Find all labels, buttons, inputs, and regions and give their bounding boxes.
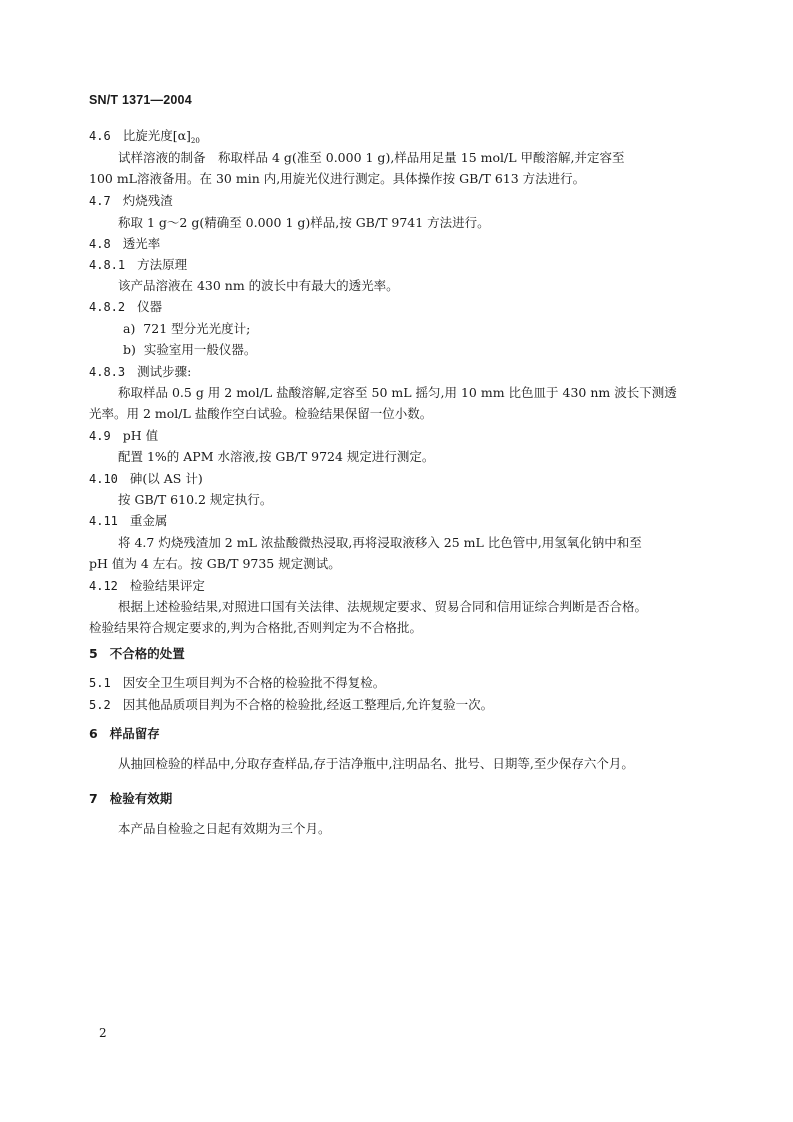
paragraph-line: 本产品自检验之日起有效期为三个月。	[118, 821, 331, 837]
paragraph-line: 称取 1 g～2 g(精确至 0.000 1 g)样品,按 GB/T 9741 …	[118, 215, 490, 231]
list-text: 721 型分光光度计;	[143, 321, 250, 336]
section-number: 4.8.2	[89, 299, 125, 315]
section-number: 5.2	[89, 697, 111, 713]
section-heading-4-9: 4.9pH 值	[89, 428, 158, 444]
section-title: 检验结果评定	[130, 578, 205, 593]
section-title: 样品留存	[110, 726, 160, 741]
list-item: a) 721 型分光光度计;	[123, 321, 250, 337]
list-label: a)	[123, 321, 135, 336]
section-number: 4.11	[89, 513, 118, 529]
section-title: 不合格的处置	[110, 646, 185, 661]
section-title: 透光率	[123, 236, 161, 251]
paragraph-line: 将 4.7 灼烧残渣加 2 mL 浓盐酸微热浸取,再将浸取液移入 25 mL 比…	[118, 535, 642, 551]
section-title: 测试步骤:	[137, 364, 191, 379]
clause-5-2: 5.2因其他品质项目判为不合格的检验批,经返工整理后,允许复验一次。	[89, 697, 493, 713]
section-heading-4-8: 4.8透光率	[89, 236, 160, 252]
section-title: 检验有效期	[110, 791, 173, 806]
section-number: 4.8.3	[89, 364, 125, 380]
paragraph-line: pH 值为 4 左右。按 GB/T 9735 规定测试。	[89, 556, 341, 572]
paragraph-line: 该产品溶液在 430 nm 的波长中有最大的透光率。	[118, 278, 399, 294]
paragraph-line: 光率。用 2 mol/L 盐酸作空白试验。检验结果保留一位小数。	[89, 406, 432, 422]
paragraph-line: 试样溶液的制备 称取样品 4 g(准至 0.000 1 g),样品用足量 15 …	[118, 150, 624, 166]
section-number: 6	[89, 726, 98, 741]
section-heading-5: 5不合格的处置	[89, 646, 185, 662]
paragraph-line: 检验结果符合规定要求的,判为合格批,否则判定为不合格批。	[89, 620, 422, 636]
section-heading-4-8-3: 4.8.3测试步骤:	[89, 364, 191, 380]
clause-text: 因其他品质项目判为不合格的检验批,经返工整理后,允许复验一次。	[123, 697, 493, 712]
paragraph-line: 从抽回检验的样品中,分取存查样品,存于洁净瓶中,注明品名、批号、日期等,至少保存…	[118, 756, 634, 772]
section-title: 重金属	[130, 513, 168, 528]
subscript: 20	[191, 137, 200, 145]
section-number: 4.10	[89, 471, 118, 487]
section-heading-4-11: 4.11重金属	[89, 513, 167, 529]
section-title: pH 值	[123, 428, 158, 443]
document-page: SN/T 1371—2004 4.6比旋光度[α]20 试样溶液的制备 称取样品…	[0, 0, 793, 1122]
section-title: 仪器	[137, 299, 162, 314]
section-heading-4-12: 4.12检验结果评定	[89, 578, 205, 594]
list-label: b)	[123, 342, 136, 357]
paragraph-line: 称取样品 0.5 g 用 2 mol/L 盐酸溶解,定容至 50 mL 摇匀,用…	[118, 385, 677, 401]
clause-text: 因安全卫生项目判为不合格的检验批不得复检。	[123, 675, 386, 690]
list-text: 实验室用一般仪器。	[144, 342, 257, 357]
paragraph-line: 根据上述检验结果,对照进口国有关法律、法规规定要求、贸易合同和信用证综合判断是否…	[118, 599, 647, 615]
section-heading-6: 6样品留存	[89, 726, 160, 742]
list-item: b) 实验室用一般仪器。	[123, 342, 256, 358]
section-heading-4-6: 4.6比旋光度[α]20	[89, 128, 200, 149]
section-heading-4-10: 4.10砷(以 AS 计)	[89, 471, 203, 487]
section-number: 4.8	[89, 236, 111, 252]
section-number: 4.7	[89, 193, 111, 209]
section-number: 4.8.1	[89, 257, 125, 273]
section-title: 灼烧残渣	[123, 193, 173, 208]
standard-code: SN/T 1371—2004	[89, 93, 192, 107]
clause-5-1: 5.1因安全卫生项目判为不合格的检验批不得复检。	[89, 675, 385, 691]
section-number: 7	[89, 791, 98, 806]
section-heading-4-8-1: 4.8.1方法原理	[89, 257, 187, 273]
paragraph-line: 配置 1%的 APM 水溶液,按 GB/T 9724 规定进行测定。	[118, 449, 434, 465]
section-heading-4-8-2: 4.8.2仪器	[89, 299, 162, 315]
section-title: 砷(以 AS 计)	[130, 471, 203, 486]
section-title: 方法原理	[137, 257, 187, 272]
section-number: 4.12	[89, 578, 118, 594]
section-number: 5	[89, 646, 98, 661]
section-heading-7: 7检验有效期	[89, 791, 172, 807]
section-title: 比旋光度[α]	[123, 128, 191, 143]
section-heading-4-7: 4.7灼烧残渣	[89, 193, 173, 209]
section-number: 5.1	[89, 675, 111, 691]
paragraph-line: 100 mL溶液备用。在 30 min 内,用旋光仪进行测定。具体操作按 GB/…	[89, 171, 585, 187]
section-number: 4.6	[89, 128, 111, 144]
paragraph-line: 按 GB/T 610.2 规定执行。	[118, 492, 272, 508]
page-number: 2	[99, 1026, 107, 1040]
section-number: 4.9	[89, 428, 111, 444]
